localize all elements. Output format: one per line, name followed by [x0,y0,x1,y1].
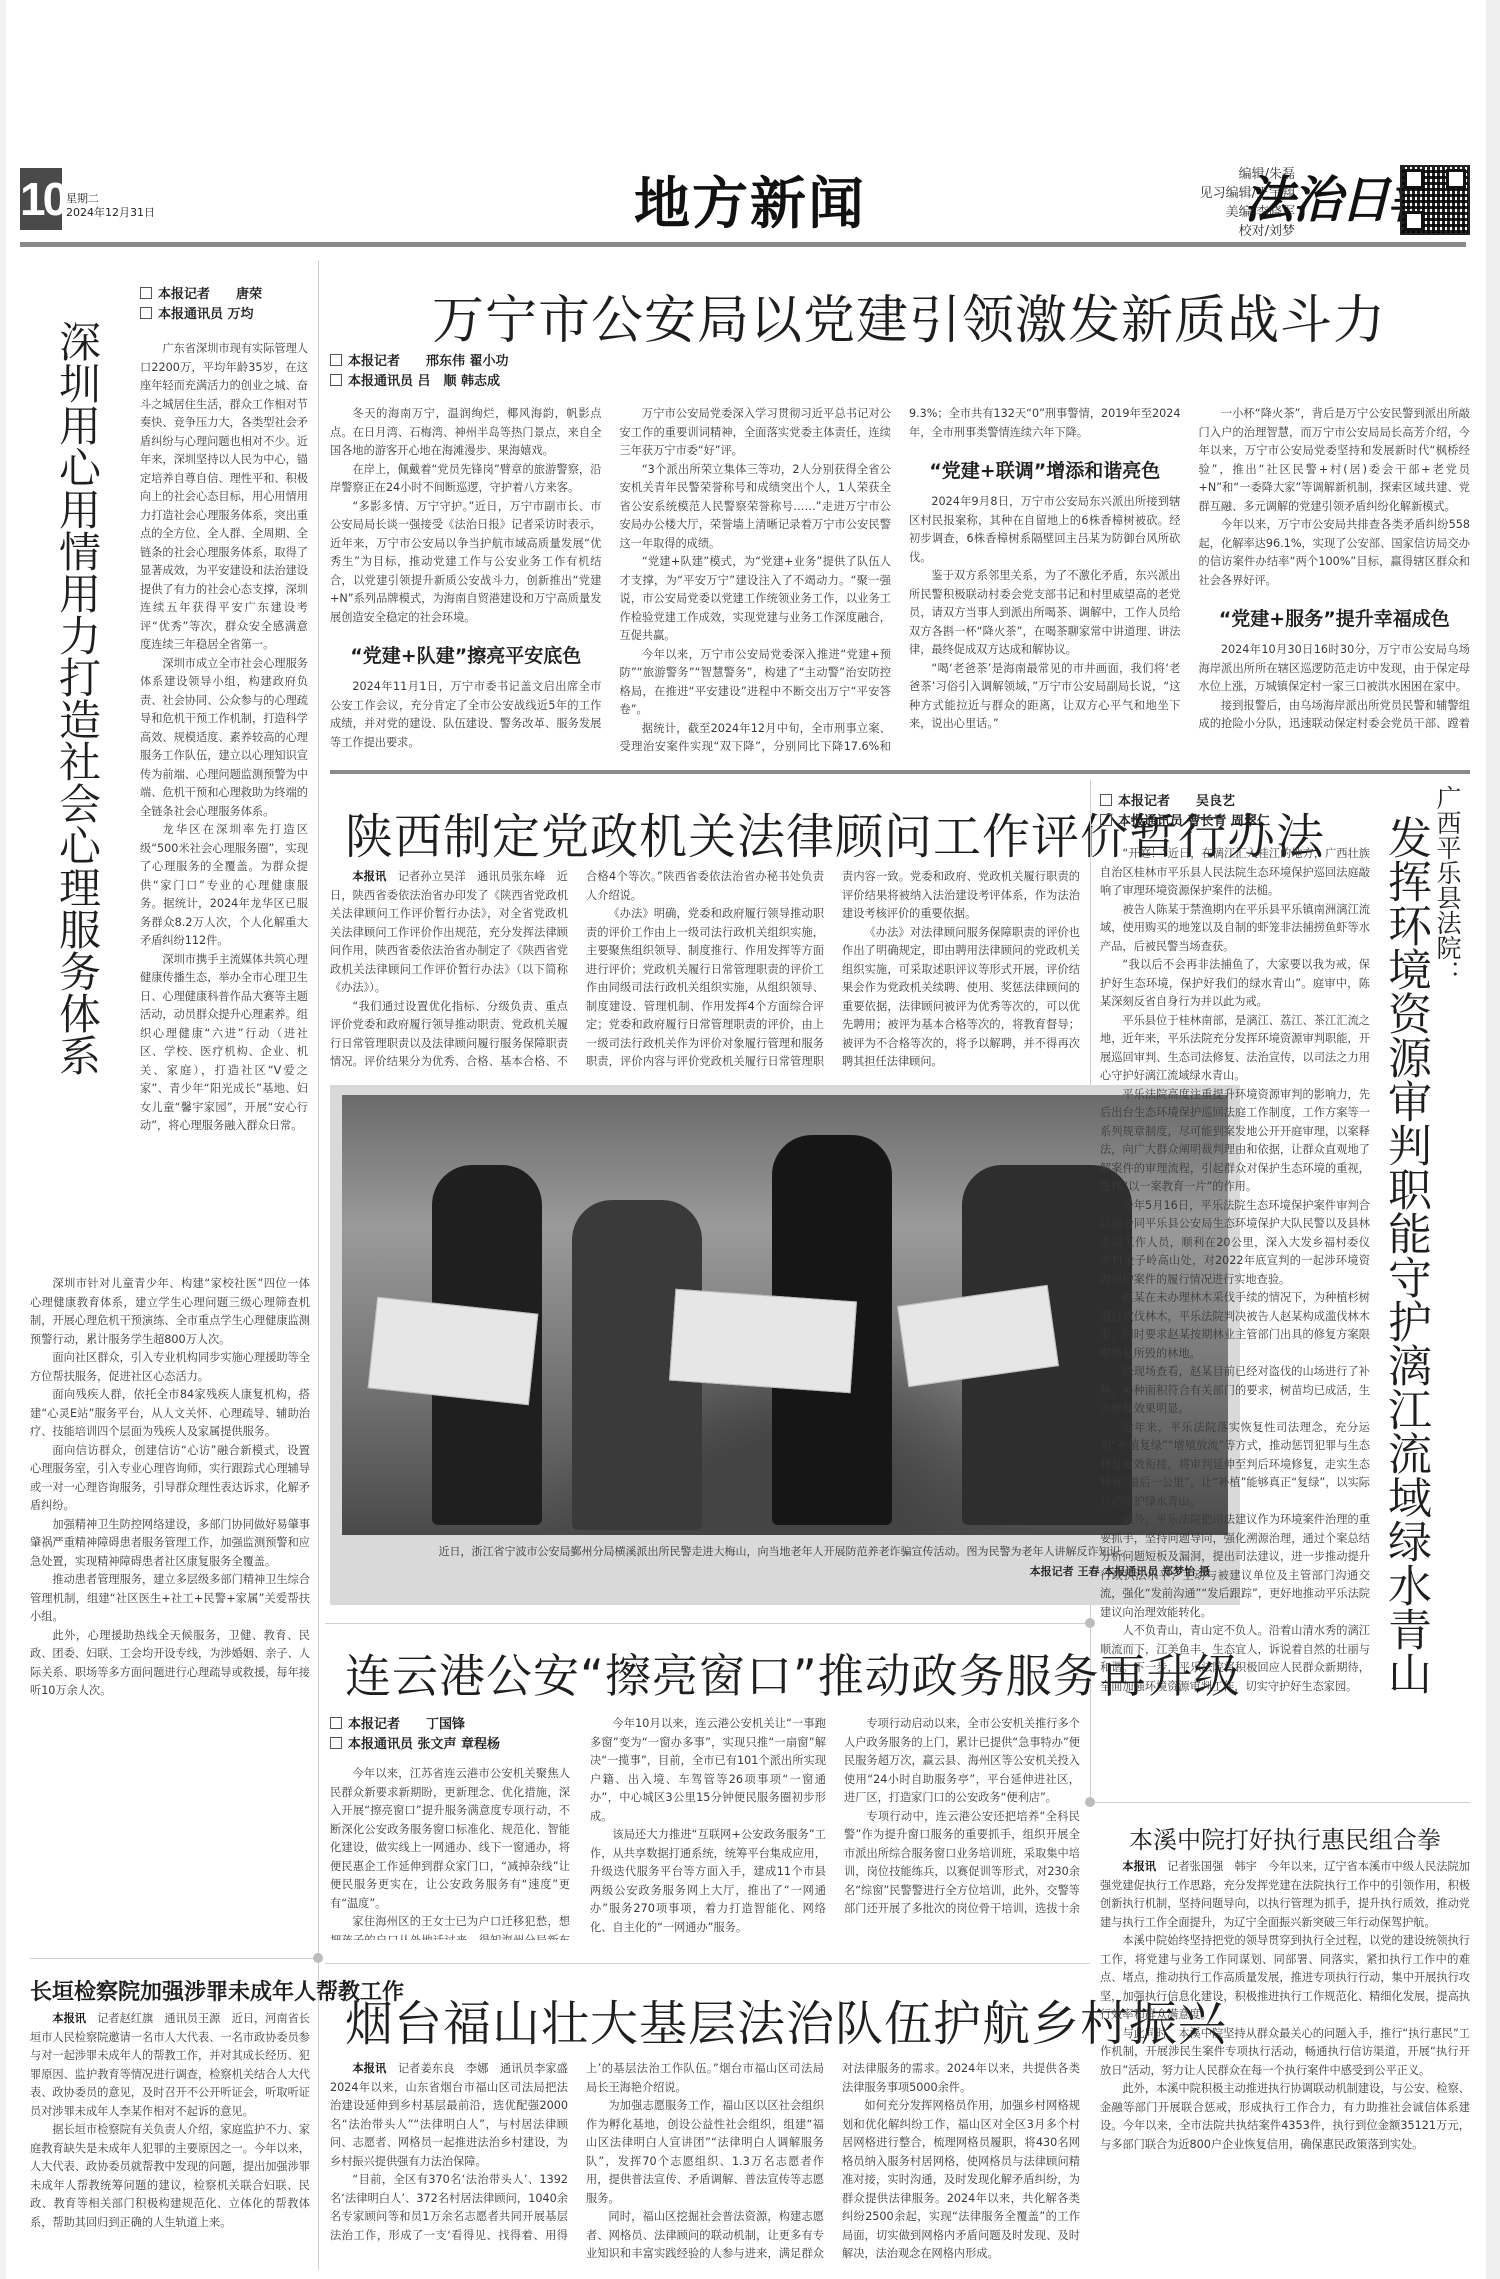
weekday: 星期二 [66,192,155,206]
lianyungang-body: 今年10月以来，连云港公安机关让“一事跑多窗”变为“一窗办多事”，实现只推“一扇… [590,1715,1080,1940]
byline: 本报记者 邢东伟 翟小功 [330,352,590,372]
lead-byline: 记者姜东良 李娜 通讯员李家盛 [398,2062,568,2075]
lead-label: 本报讯 [52,2012,86,2025]
box-icon [330,354,342,366]
shenzhen-body-bottom: 深圳市针对儿童青少年、构建“家校社医”四位一体心理健康教育体系，建立学生心理问题… [30,1275,310,1890]
guangxi-bylines: 本报记者 吴良艺 本报通讯员 曹长青 周翠仁 [1100,792,1350,832]
shaanxi-body: 本报讯 记者孙立昊洋 通讯员张东峰 近日，陕西省委依法治省办印发了《陕西省党政机… [330,868,1080,1073]
lead-byline: 记者孙立昊洋 通讯员张东峰 [398,870,546,883]
box-icon [330,374,342,386]
lianyungang-body-col1: 今年以来，江苏省连云港市公安机关聚焦人民群众新要求新期盼，更新理念、优化措施，深… [330,1765,570,1940]
wanning-bylines: 本报记者 邢东伟 翟小功 本报通讯员 吕 顺 韩志成 [330,352,590,392]
page-margin-left [0,0,6,2279]
page-number: 10 [20,168,62,230]
box-icon [1100,794,1112,806]
guangxi-headline: 发挥环境资源审判职能守护漓江流域绿水青山 [1380,815,1430,1775]
box-icon [330,1737,342,1749]
lead-byline: 记者张国强 韩宇 [1167,1860,1257,1873]
divider-dot [313,1953,323,1963]
lead-label: 本报讯 [352,870,386,883]
photo-caption: 近日，浙江省宁波市公安局鄞州分局横溪派出所民警走进大梅山，向当地老年人开展防范养… [342,1543,1228,1560]
changyuan-headline: 长垣检察院加强涉罪未成年人帮教工作 [30,1975,310,2006]
byline: 本报通讯员 曹长青 周翠仁 [1100,812,1350,832]
lead-byline: 记者赵红旗 通讯员王源 [97,2012,220,2025]
wanning-headline: 万宁市公安局以党建引领激发新质战斗力 [432,278,1386,353]
box-icon [140,287,152,299]
lead-label: 本报讯 [352,2062,386,2075]
section-divider [30,1958,315,1959]
wanning-body: 冬天的海南万宁，温润绚烂，椰风海韵，帆影点点。在日月湾、石梅湾、神州半岛等热门景… [330,405,1470,760]
qr-finder-icon [1404,169,1424,189]
box-icon [140,307,152,319]
section-divider [325,1623,1090,1624]
byline: 本报记者 唐荣 [140,285,310,305]
section-divider [1095,1802,1470,1803]
subheading: “党建+服务”提升幸福成色 [1199,604,1471,631]
page-margin-right [1486,0,1500,2279]
benxi-headline: 本溪中院打好执行惠民组合拳 [1100,1820,1470,1855]
shenzhen-headline: 深圳用心用情用力打造社会心理服务体系 [52,320,102,1280]
box-icon [1100,814,1112,826]
shenzhen-article: 本报记者 唐荣 本报通讯员 万均 [140,285,310,325]
divider-dot [1085,1618,1095,1628]
header-rule [20,242,1466,247]
yantai-headline: 烟台福山壮大基层法治队伍护航乡村振兴 [345,1985,1227,2054]
qr-finder-icon [1446,169,1466,189]
lead-label: 本报讯 [1122,1860,1156,1873]
byline: 本报通讯员 张文声 章程杨 [330,1735,580,1755]
qr-code-icon[interactable] [1400,165,1470,235]
byline: 本报通讯员 万均 [140,305,310,325]
divider-dot [1085,1797,1095,1807]
section-title: 地方新闻 [560,160,940,240]
newspaper-prop [669,1289,857,1393]
byline: 本报记者 吴良艺 [1100,792,1350,812]
box-icon [330,1717,342,1729]
byline: 本报通讯员 吕 顺 韩志成 [330,372,590,392]
subheading: “党建+联调”增添和谐亮色 [909,456,1181,483]
section-rule [330,770,1470,774]
newspaper-prop [368,1297,539,1405]
guangxi-kicker: 广西平乐县法院： [1432,785,1462,1115]
byline: 本报记者 丁国锋 [330,1715,580,1735]
subheading: “党建+队建”擦亮平安底色 [330,641,602,668]
issue-date: 星期二 2024年12月31日 [66,192,155,220]
benxi-article: 本报讯 记者张国强 韩宇 今年以来，辽宁省本溪市中级人民法院加强党建促执行工作思… [1100,1858,1470,2268]
photo-image[interactable] [342,1095,1228,1535]
changyuan-article: 本报讯 记者赵红旗 通讯员王源 近日，河南省长垣市人民检察院邀请一名市人大代表、… [30,2010,310,2260]
section-divider [325,1963,1090,1964]
lianyungang-bylines: 本报记者 丁国锋 本报通讯员 张文声 章程杨 [330,1715,580,1755]
date: 2024年12月31日 [66,206,155,220]
shenzhen-body-top: 广东省深圳市现有实际管理人口2200万，平均年龄35岁，在这座年轻而充满活力的创… [140,340,308,1260]
qr-finder-icon [1404,211,1424,231]
yantai-body: 本报讯 记者姜东良 李娜 通讯员李家盛 2024年以来，山东省烟台市福山区司法局… [330,2060,1080,2265]
lianyungang-headline: 连云港公安“擦亮窗口”推动政务服务再升级 [345,1640,1241,1706]
column-divider [318,260,319,2270]
